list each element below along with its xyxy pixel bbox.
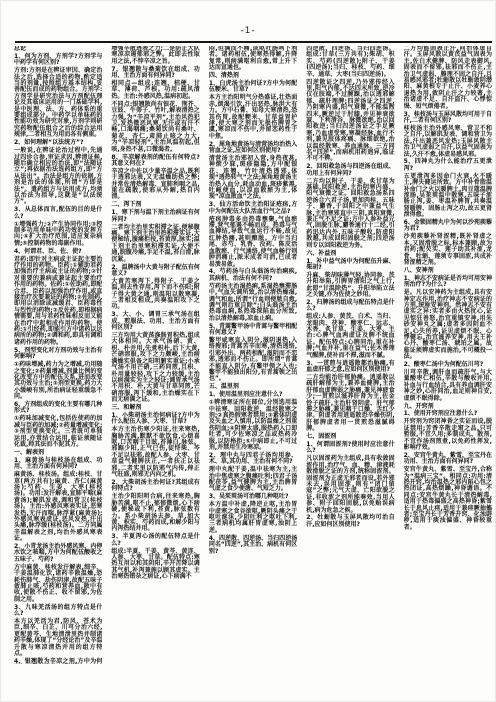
question-line: 7、银翘散与桑菊饮在组成、功用、主治方面有何异同? <box>111 67 199 80</box>
question-line: 1、使用开窍剂应注意什么? <box>404 411 492 417</box>
question-line: 2、牡蛎散与玉屏风散均可治自汗,应如何区别使用? <box>306 515 394 528</box>
answer-paragraph: 麻黄汤、桂枝汤。组成:桂枝、甘草(两方共有);麻黄、杏仁(麻黄汤);芍药、生姜、… <box>14 472 102 542</box>
answer-paragraph: 疮疡肿毒多由热毒壅聚,气血瘀滞,营气郁遏不畅而成。热毒与气血搏结,导致气血运行不… <box>209 217 297 268</box>
question-line: 1、小柴胡汤主治何病证?方中为什么配伍人参、大枣、甘草? <box>111 413 199 426</box>
document-page: { "page": { "number": "-1-" }, "colors":… <box>0 0 496 702</box>
answer-paragraph: 理中丸配干姜,温中祛寒为主,主治中焦虚寒之腹痛吐利;四君子汤配茯苓,益气健脾为主… <box>209 467 297 493</box>
text-column-5: 二方均能固表止汗,同治体虚自汗。玉屏风散以黄芪益气固表为主,佐白术健脾、防风走表… <box>404 46 492 664</box>
question-line: 5、青蒿鳖甲汤中青蒿与鳖甲相配有何意义? <box>209 324 297 337</box>
answer-paragraph: 相同点—组成:连翘、桔梗、甘草、薄荷、芦根。功用:疏风清热。主治:外感风热,温病… <box>111 81 199 100</box>
question-line: 2、温脾汤中大黄与附子配伍有何意义? <box>111 265 199 278</box>
text-column-3: 闷,但满而不痛,或呕吐肠鸣下利者。诸药相伍,使寒热得解,升降复常,则痞满呕利自愈… <box>209 46 297 664</box>
answer-paragraph: 本方主治阳明气分热盛证,壮热面赤,烦渴引饮,汗出恶热,脉洪大有力。方中石膏、知母… <box>209 95 297 140</box>
section-heading: 八、安神剂 <box>404 268 492 274</box>
answer-paragraph: 君药:即针对主病或主证起主要治疗作用的药物。臣药:①辅助君药加强治疗主病或主证的… <box>14 257 102 347</box>
question-line: 4、四逆散、四逆汤、当归四逆汤同名“四逆”,其主治、病机有何区别? <box>209 536 297 555</box>
section-heading: 四、清热剂 <box>209 73 297 79</box>
question-line: 3、一贯煎与逍遥散都治胁痛,有血虚肝郁之意,应如何区别使用? <box>306 361 394 374</box>
answer-paragraph: 四逆散、四逆汤、当归四逆汤。组成:甘草(三方共有);柴胡、枳实、芍药(四逆散);… <box>306 46 394 78</box>
question-line: 1、寒下剂与温下剂主治病证有何异同? <box>111 210 199 223</box>
question-line: 3、半夏泻心汤的配伍特点是什么? <box>111 534 199 547</box>
question-line: 2、酸枣仁汤中为何配伍川芎? <box>404 362 492 368</box>
answer-paragraph: 二者均主治里实积滞之证,便秘腹痛。寒下剂主治里热积滞实证,大便秘结,腹痛拒按,苔… <box>111 225 199 263</box>
answer-paragraph: 五更泄泻多因命门火衰,火不暖土,脾失健运所致。方中补骨脂温补命门之火以暖脾土,肉… <box>404 174 492 219</box>
question-line: 8、辛凉解表剂的配伍有何特点?其意义何在? <box>111 155 199 168</box>
question-line: 3、桂枝汤与玉屏风散均可用于自汗,二者有何区别? <box>404 112 492 125</box>
answer-paragraph: 开窍剂为窍闭神昏之实证而设,脱证禁用;芳香辛散走窜之品,只可暂服,不宜久用;多制… <box>404 419 492 451</box>
section-heading: 三、和解剂 <box>111 405 199 411</box>
answer-paragraph: 清营汤主治邪初入营,身热夜甚,神烦少寐,斑疹隐隐,方中配银花、连翘、竹叶清热透邪… <box>209 156 297 201</box>
header-rule <box>15 41 492 43</box>
section-heading: 总论 <box>14 46 102 52</box>
answer-paragraph: 主治少阳阳明合病,往来寒热,胸胁苦满,呕不止,郁郁微烦,心下痞硬,便秘或下利,苔… <box>111 494 199 532</box>
question-line: 2、理中丸与四君子汤均用参、术、草,其功用、主治有何不同? <box>209 453 297 466</box>
question-line: 1、何谓固涩剂?使用时应注意什么? <box>306 442 394 455</box>
answer-paragraph: 闷,但满而不痛,或呕吐肠鸣下利者。诸药相伍,使寒热得解,升降复常,则痞满呕利自愈… <box>209 46 297 72</box>
section-heading: 六、补益剂 <box>306 251 394 257</box>
question-line: 5、四神丸为什么能治疗五更泄泻? <box>404 159 492 172</box>
question-line: 2、如何理解“以法统方”? <box>14 140 102 146</box>
answer-paragraph: 桂枝汤主治外感风寒、营卫不和之自汗,以解肌发表、调和营卫为法,汗出兼恶风发热;玉… <box>404 126 492 158</box>
question-line: 2、归脾汤的组成与配伍特点是什么? <box>306 300 394 313</box>
answer-paragraph: 不同点:银翘散尚有银花、荆芥、豆豉、牛蒡子、竹叶,解表清热之力强,为“辛凉平剂”… <box>111 102 199 153</box>
answer-paragraph: 本方以羌活为君,防风、苍术为臣,细辛、白芷、川芎分治六经,更配黄芩、生地清泄里热… <box>14 619 102 657</box>
answer-paragraph: 升麻、柴胡味薄气轻,协同参、芪升阳举陷,引脾胃清阳之气上行,此即“甘温除热”、升… <box>306 273 394 299</box>
question-line: 6、方剂组成的变化主要有哪几种形式? <box>14 402 102 415</box>
answer-paragraph: 沙苑蒺藜补肾涩精,既补肾虚之本,又固滑脱之标,标本兼顾,故为君药;配芡实、莲子助… <box>404 234 492 266</box>
answer-paragraph: 增强辛散透表之力;二是防止大队寒凉凉遏郁邪之弊。此即去性取用之法,不悖辛凉之旨。 <box>111 46 199 65</box>
question-line: 2、小青龙汤主治外感风寒、内停水饮之咳喘,方中为何配伍酸收之五味子、芍药? <box>14 544 102 563</box>
answer-paragraph: 方中麻黄、桂枝发汗解表,细辛、干姜温肺化饮,诸药辛散温燥,恐耗伤肺气、劫伤阴津,… <box>14 565 102 603</box>
question-line: 1、使用温里剂应注意什么? <box>209 392 297 398</box>
answer-paragraph: 大黄苦寒泻下,得附子、干姜之温,则去性存用,泻下而不伤阳;附子得大黄之通,则温阳… <box>111 279 199 311</box>
answer-paragraph: 川芎辛散,调肝血而疏肝气,与大量酸枣仁相伍,辛散与酸收并用,补血与行血结合,具有… <box>404 370 492 402</box>
answer-paragraph: 鳖甲咸寒直入阴分,滋阴退热,入络搜邪;青蒿苦辛而寒,清热透络,引邪外出。两药相配… <box>209 338 297 383</box>
answer-paragraph: 四逆散证之四逆,乃外邪传经入里,阳气内郁,不达四末所致,逆冷仅在肢端,不过腕踝,… <box>306 80 394 163</box>
question-line: 4、何谓君、臣、佐、使? <box>14 249 102 255</box>
answer-paragraph: 本方主治伤寒少阳证,往来寒热,胸胁苦满,默默不欲饮食,心烦喜呕,口苦咽干目眩,苔… <box>111 427 199 478</box>
question-line: 1、何为方剂、方剂学?方剂学与中药学有何区别? <box>14 54 102 67</box>
section-heading: 九、开窍剂 <box>404 404 492 410</box>
answer-paragraph: 二方均能固表止汗,同治体虚自汗。玉屏风散以黄芪益气固表为主,佐白术健脾、防风走表… <box>404 46 492 110</box>
question-line: 3、吴茱萸汤可治哪几种呕吐? <box>209 494 297 500</box>
question-line: 3、大、小、调胃三承气汤在组成、煎服法、功用、主治方面有何区别? <box>111 312 199 331</box>
section-heading: 七、固涩剂 <box>306 434 394 440</box>
question-line: 3、从总体而言,配伍的目的是什么? <box>14 207 102 220</box>
answer-paragraph: ①药味加减变化,包括佐使药的加减与臣药的加减;②药量增减变化;③剂型更换变化。三… <box>14 416 102 448</box>
answer-paragraph: 辛凉之中佐以少量辛温之品,既利于透邪达表,又无温燥助热之弊;并常佐清热解毒、宣肺… <box>111 169 199 201</box>
question-line: 1、白虎汤主治何证?方中为何配伍粳米、甘草? <box>209 81 297 94</box>
question-line: 4、芍药汤与白头翁汤均治痢疾,其病机、治法有何不同? <box>209 269 297 282</box>
answer-paragraph: 是。凡以安神药为主组成,具有安神定志作用,治疗神志不安病证的方剂,统称安神剂。然… <box>404 290 492 360</box>
question-line: 4、银翘散为辛凉之剂,方中为何配伍辛温之荆芥、淡豆豉? <box>14 659 102 664</box>
answer-paragraph: 凡以固涩药为主组成,具有收敛固涩作用,治疗气、血、精、津液耗散滑脱之证的方剂,统… <box>306 456 394 514</box>
answer-paragraph: ①增强药力;②产生协同作用;③控制多功用单味中药功效的发挥方向;④扩大治疗范围,… <box>14 222 102 248</box>
question-line: 3、仙方活命饮主治阳证疮疡,方中为何配伍大队活血行气之品? <box>209 202 297 215</box>
answer-paragraph: 芍药汤主治湿热痢,系湿热壅滞肠中,气血失调所致,治以清热燥湿,调气和血,所谓“行… <box>209 284 297 322</box>
question-line: 1、补中益气汤中为何配伍升麻、柴胡? <box>306 259 394 272</box>
question-line: 2、犀角地黄汤与清营汤均治热入营血之证,应如何区别使用? <box>209 142 297 155</box>
answer-paragraph: 组成:人参、黄芪、白术、当归、龙眼肉、茯神、酸枣仁、远志、木香、炙甘草、生姜、大… <box>306 314 394 359</box>
section-heading: 二、泻下剂 <box>111 202 199 208</box>
question-line: 2、安宫牛黄丸、紫雪、至宝丹在功用、主治方面有何异同? <box>404 453 492 466</box>
answer-paragraph: 二方均以附子、干姜、炙甘草为基础,回阳救逆,主治阴寒内盛、阳气衰微之证。回阳救急… <box>306 179 394 249</box>
text-column-4: 四逆散、四逆汤、当归四逆汤。组成:甘草(三方共有);柴胡、枳实、芍药(四逆散);… <box>306 46 394 664</box>
section-heading: 五、温里剂 <box>209 384 297 390</box>
text-column-1: 总论1、何为方剂、方剂学?方剂学与中药学有何区别?方剂:方剂是在辨证审因、确定治… <box>14 46 102 664</box>
question-line: 3、九味羌活汤的组方特点是什么? <box>14 605 102 618</box>
answer-paragraph: 二方均能治肝郁胁痛。逍遥散以疏肝解郁为主,兼养血健脾,主治肝郁血虚脾弱之胁痛,兼… <box>306 375 394 433</box>
question-line: 5、剂型变化对方剂功效与主治有何影响? <box>14 348 102 361</box>
question-line: 1、神志不安病证是否均可用安神剂治疗?为什么? <box>404 276 492 289</box>
answer-paragraph: 本方温中补虚,降逆止呕,主治胃中虚寒之食谷欲呕,厥阴头痛之干呕吐涎沫,少阴吐利之… <box>209 502 297 534</box>
page-number: -1- <box>0 26 496 36</box>
text-column-2: 增强辛散透表之力;二是防止大队寒凉凉遏郁邪之弊。此即去性取用之法,不悖辛凉之旨。… <box>111 46 199 664</box>
section-heading: 一、解表剂 <box>14 450 102 456</box>
answer-paragraph: 安宫牛黄丸、紫雪、至宝丹,合称为“温病三宝”。相同点:功用:清热开窍,均治温热之… <box>404 467 492 531</box>
answer-paragraph: ①辨清寒证所在部位,分别选用温中祛寒、回阳救逆、温经散寒之剂;②真热假寒者禁用;… <box>209 400 297 451</box>
question-line: 2、大柴胡汤主治何证?其组成有何特点? <box>111 480 199 493</box>
question-line: 6、金锁固精丸中为何以沙苑蒺藜为君? <box>404 220 492 233</box>
answer-paragraph: 三方均用大黄荡涤肠胃积热,组成大体相同。大承气汤硝、黄、枳、朴并用,先煮枳朴,后… <box>111 333 199 403</box>
content-columns: 总论1、何为方剂、方剂学?方剂学与中药学有何区别?方剂:方剂是在辨证审因、确定治… <box>14 46 492 664</box>
question-line: 1、麻黄汤与桂枝汤在组成、功用、主治方面有何异同? <box>14 458 102 471</box>
answer-paragraph: 一般说,在辨证论治过程中,先通过四诊合参,审证求因,辨清证候,随后确立相应的治法… <box>14 148 102 206</box>
answer-paragraph: 方剂:方剂是在辨证审因、确定治法之后,选择合适的药物,酌定适当的剂量,按照组方基… <box>14 68 102 138</box>
answer-paragraph: ①药味增减,药力为之增减,功用随之变化;②药量增减,剂量比例的变化改变方中的配伍… <box>14 362 102 400</box>
question-line: 2、回阳救急汤与四逆汤在组成、功用上有何异同? <box>306 164 394 177</box>
answer-paragraph: 组成:半夏、干姜、黄芩、黄连、人参、大枣、甘草。配伍特点:寒热互用以和其阴阳,辛… <box>111 549 199 581</box>
